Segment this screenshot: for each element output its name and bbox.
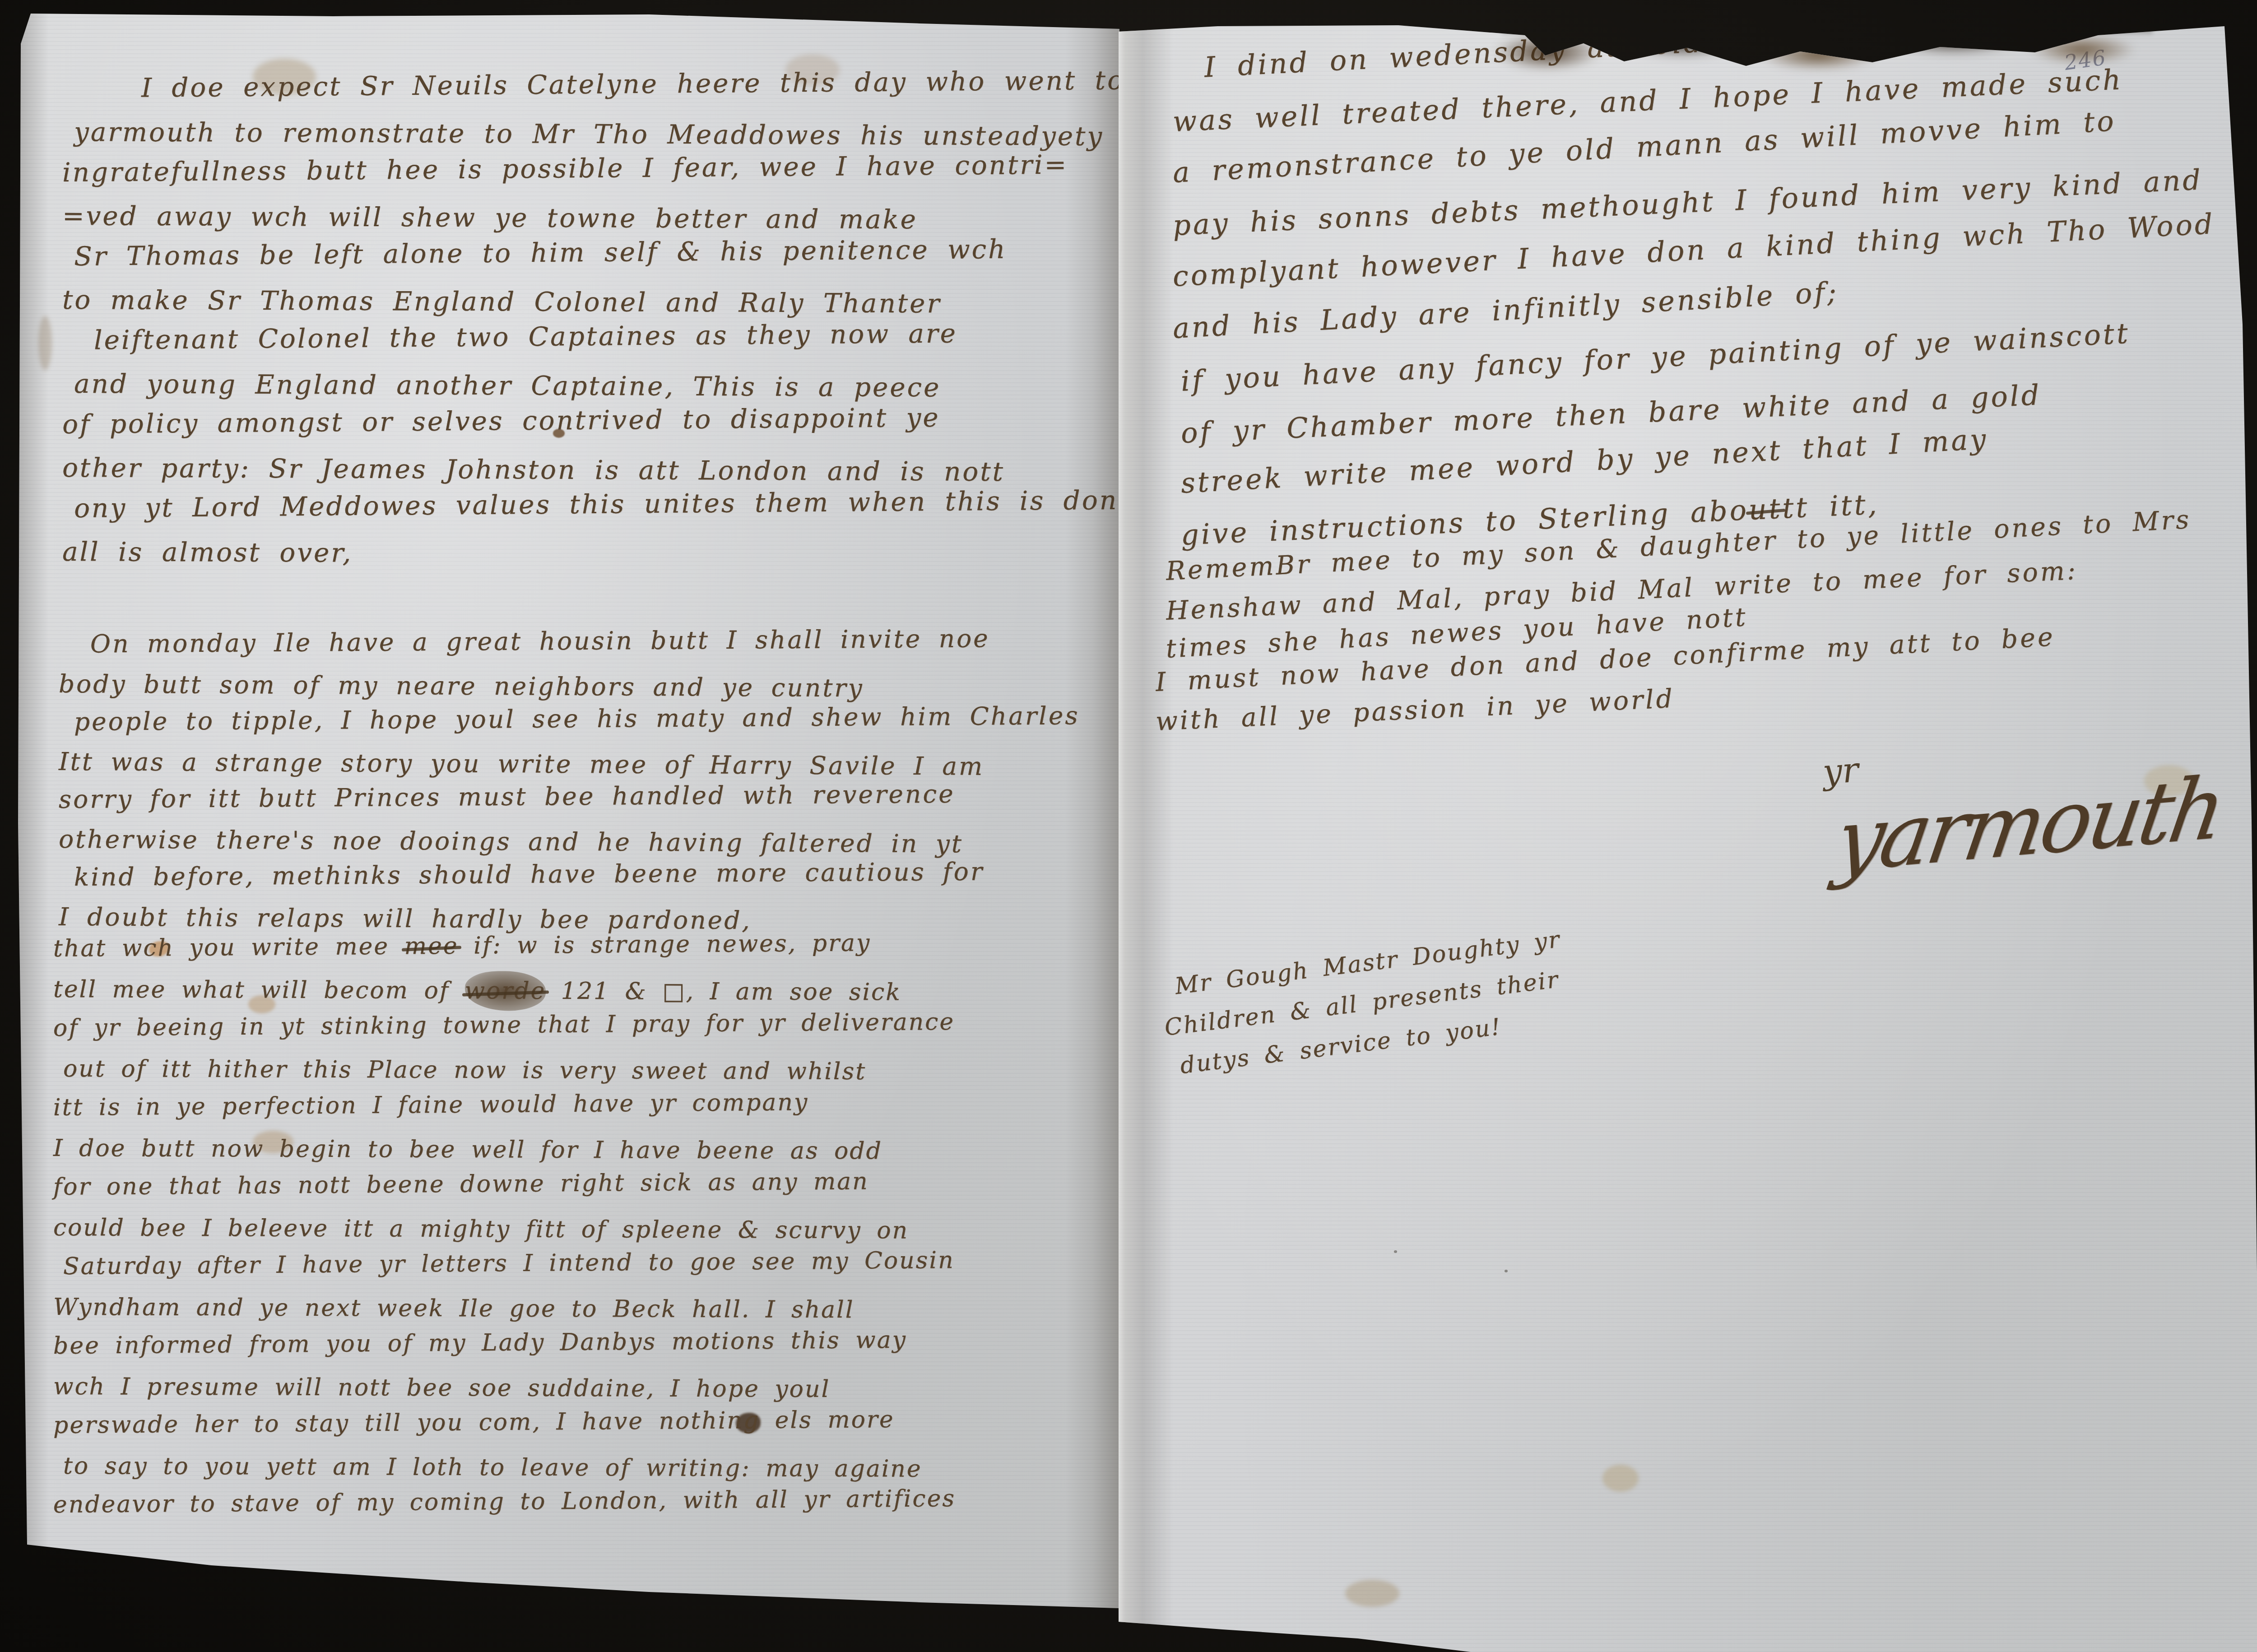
speck [1505, 1270, 1508, 1272]
line-fragment: 121 & □, I am soe sick [546, 978, 901, 1006]
speck [1394, 1250, 1397, 1253]
signature-yarmouth: yarmouth [1829, 758, 2229, 892]
manuscript-line: bee informed from you of my Lady Danbys … [53, 1320, 956, 1366]
manuscript-line: of yr beeing in yt stinking towne that I… [53, 1002, 956, 1048]
manuscript-line: I doe expect Sr Neuils Catelyne heere th… [62, 59, 1147, 110]
manuscript-line: leiftenant Colonel the two Captaines as … [62, 311, 1147, 362]
manuscript-line: itt is in ye perfection I faine would ha… [53, 1081, 956, 1128]
right-page: I dind on wedensday att old Woods att Br… [1105, 8, 2257, 1652]
manuscript-line: ony yt Lord Meddowes values this unites … [74, 479, 1147, 529]
manuscript-line: all is almost over, [62, 531, 1147, 577]
stain [1602, 1465, 1639, 1492]
right-paper: I dind on wedensday att old Woods att Br… [1105, 8, 2257, 1652]
manuscript-line: that wch you write mee mee if: w is stra… [53, 923, 956, 969]
left-paragraph-2: On monday Ile have a great housin butt I… [59, 625, 1080, 935]
manuscript-line: sorry for itt butt Princes must bee hand… [59, 774, 1080, 819]
left-paragraph-3: that wch you write mee mee if: w is stra… [53, 929, 956, 1525]
line-fragment: if: w is strange newes, pray [458, 929, 871, 959]
closing-yr: yr [1821, 749, 1860, 792]
left-paragraph-1: I doe expect Sr Neuils Catelyne heere th… [62, 68, 1147, 571]
burn-mark [1493, 14, 2170, 98]
manuscript-photo: I doe expect Sr Neuils Catelyne heere th… [0, 0, 2257, 1652]
struck-word: mee [404, 926, 458, 966]
manuscript-line: people to tipple, I hope youl see his ma… [74, 696, 1080, 741]
manuscript-line: Sr Thomas be left alone to him self & hi… [74, 227, 1147, 278]
manuscript-line: ingratefullness butt hee is possible I f… [62, 143, 1147, 194]
postscript: Mr Gough Mastr Doughty yr Children & all… [1173, 920, 1573, 1086]
manuscript-line: for one that has nott beene downe right … [53, 1161, 956, 1207]
manuscript-line: perswade her to stay till you com, I hav… [53, 1399, 956, 1445]
manuscript-line: kind before, methinks should have beene … [74, 851, 1080, 896]
stain [1345, 1580, 1399, 1607]
page-edge-shading [17, 10, 49, 1610]
manuscript-line: On monday Ile have a great housin butt I… [59, 618, 1080, 664]
manuscript-line: of policy amongst or selves contrived to… [62, 395, 1147, 445]
manuscript-line: Saturday after I have yr letters I inten… [63, 1240, 956, 1286]
burn-mark [1502, 22, 2152, 35]
left-page: I doe expect Sr Neuils Catelyne heere th… [17, 10, 1119, 1610]
right-paragraph-4: I must now have don and doe confirme my … [1156, 664, 2056, 740]
crease-highlight [1105, 8, 1173, 1652]
left-paper: I doe expect Sr Neuils Catelyne heere th… [17, 10, 1119, 1610]
line-fragment: tell mee what will becom of [53, 976, 465, 1004]
line-fragment: that wch you write mee [53, 933, 404, 962]
manuscript-line: endeavor to stave of my coming to London… [53, 1479, 956, 1525]
